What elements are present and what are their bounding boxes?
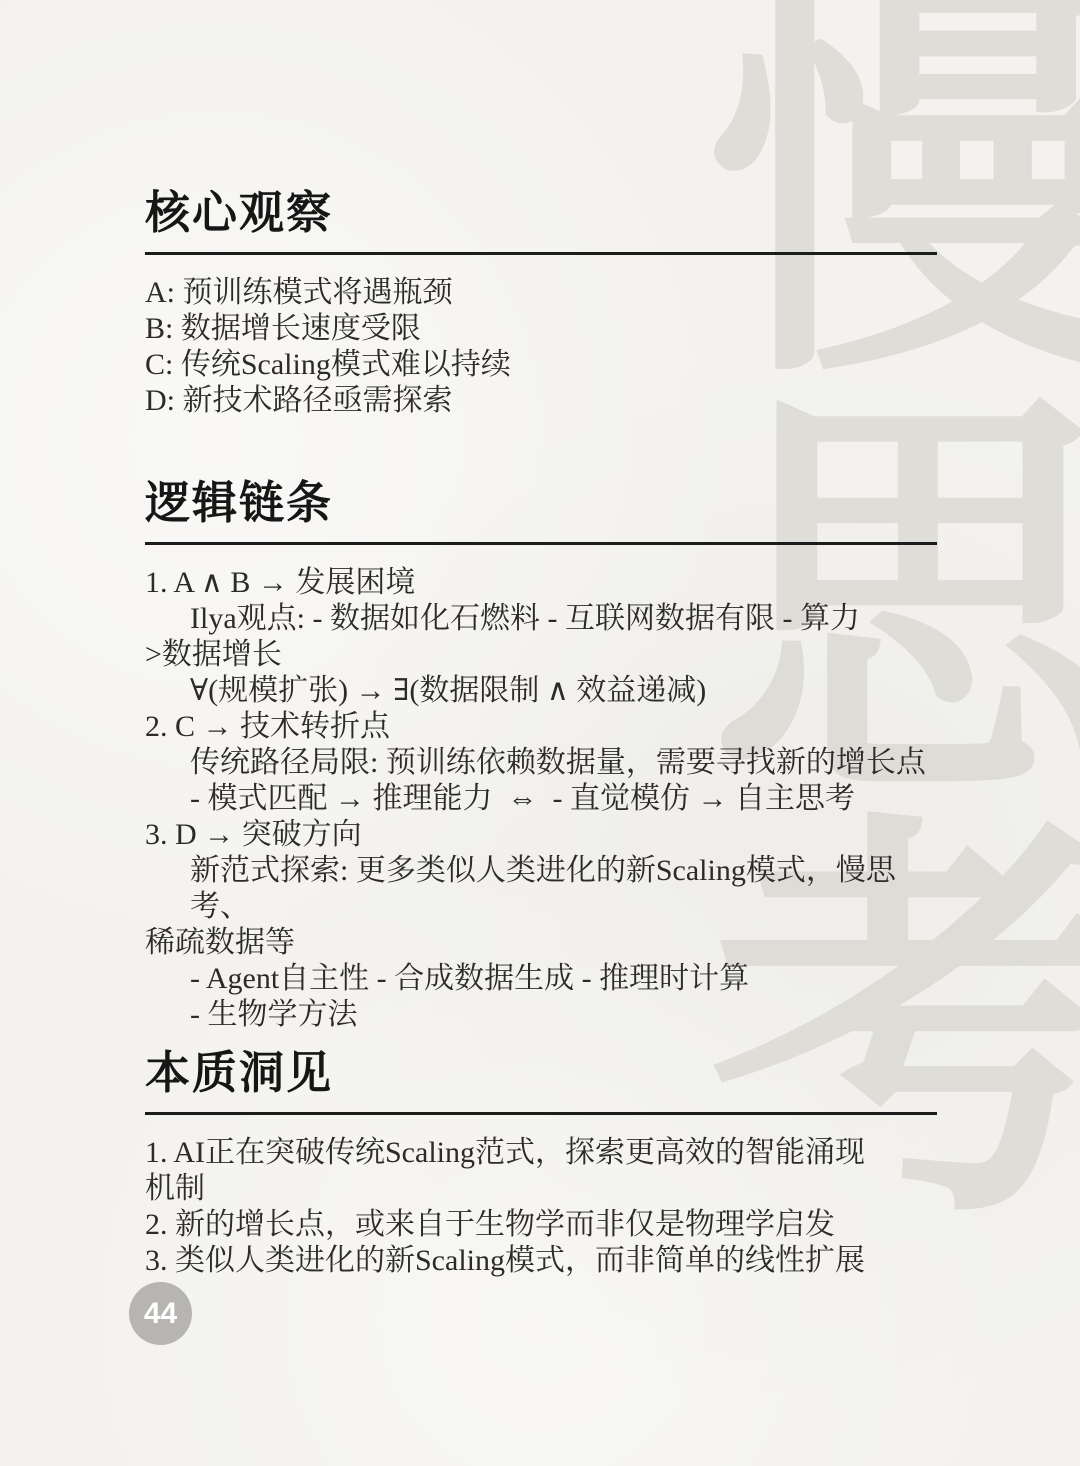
text-line: ∀(规模扩张) → ∃(数据限制 ∧ 效益递减) [145,673,937,709]
section-divider [145,1112,937,1115]
text-line: B: 数据增长速度受限 [145,311,937,347]
page-number: 44 [144,1297,177,1331]
section-essence-insights: 本质洞见 1. AI正在突破传统Scaling范式，探索更高效的智能涌现 机制 … [145,1046,937,1279]
text-line: 1. A ∧ B → 发展困境 [145,565,937,601]
section-logic-chain: 逻辑链条 1. A ∧ B → 发展困境 Ilya观点: - 数据如化石燃料 -… [145,476,937,1033]
text-line: - 生物学方法 [145,997,937,1033]
section-title: 本质洞见 [145,1046,937,1100]
text-line: 1. AI正在突破传统Scaling范式，探索更高效的智能涌现 [145,1135,937,1171]
text-line: C: 传统Scaling模式难以持续 [145,347,937,383]
section-divider [145,542,937,545]
section-body: 1. AI正在突破传统Scaling范式，探索更高效的智能涌现 机制 2. 新的… [145,1135,937,1279]
text-line: A: 预训练模式将遇瓶颈 [145,275,937,311]
page-number-badge: 44 [129,1282,192,1345]
page: { "page": { "watermark": "慢思考", "page_nu… [0,0,1080,1466]
text-line: 稀疏数据等 [145,925,937,961]
text-line: 2. C → 技术转折点 [145,709,937,745]
section-body: A: 预训练模式将遇瓶颈 B: 数据增长速度受限 C: 传统Scaling模式难… [145,275,937,419]
section-title: 核心观察 [145,186,937,240]
text-line: 2. 新的增长点，或来自于生物学而非仅是物理学启发 [145,1207,937,1243]
text-line: 3. 类似人类进化的新Scaling模式，而非简单的线性扩展 [145,1243,937,1279]
text-line: 传统路径局限: 预训练依赖数据量，需要寻找新的增长点 [145,745,937,781]
text-line: D: 新技术路径亟需探索 [145,383,937,419]
section-title: 逻辑链条 [145,476,937,530]
text-line: - 模式匹配 → 推理能力 ⇔ - 直觉模仿 → 自主思考 [145,781,937,817]
section-body: 1. A ∧ B → 发展困境 Ilya观点: - 数据如化石燃料 - 互联网数… [145,565,937,1033]
text-line: 3. D → 突破方向 [145,817,937,853]
text-line: 新范式探索: 更多类似人类进化的新Scaling模式，慢思考、 [145,853,937,925]
text-line: - Agent自主性 - 合成数据生成 - 推理时计算 [145,961,937,997]
text-line: Ilya观点: - 数据如化石燃料 - 互联网数据有限 - 算力 [145,601,937,637]
text-line: >数据增长 [145,637,937,673]
section-divider [145,252,937,255]
text-line: 机制 [145,1171,937,1207]
section-core-observations: 核心观察 A: 预训练模式将遇瓶颈 B: 数据增长速度受限 C: 传统Scali… [145,186,937,419]
